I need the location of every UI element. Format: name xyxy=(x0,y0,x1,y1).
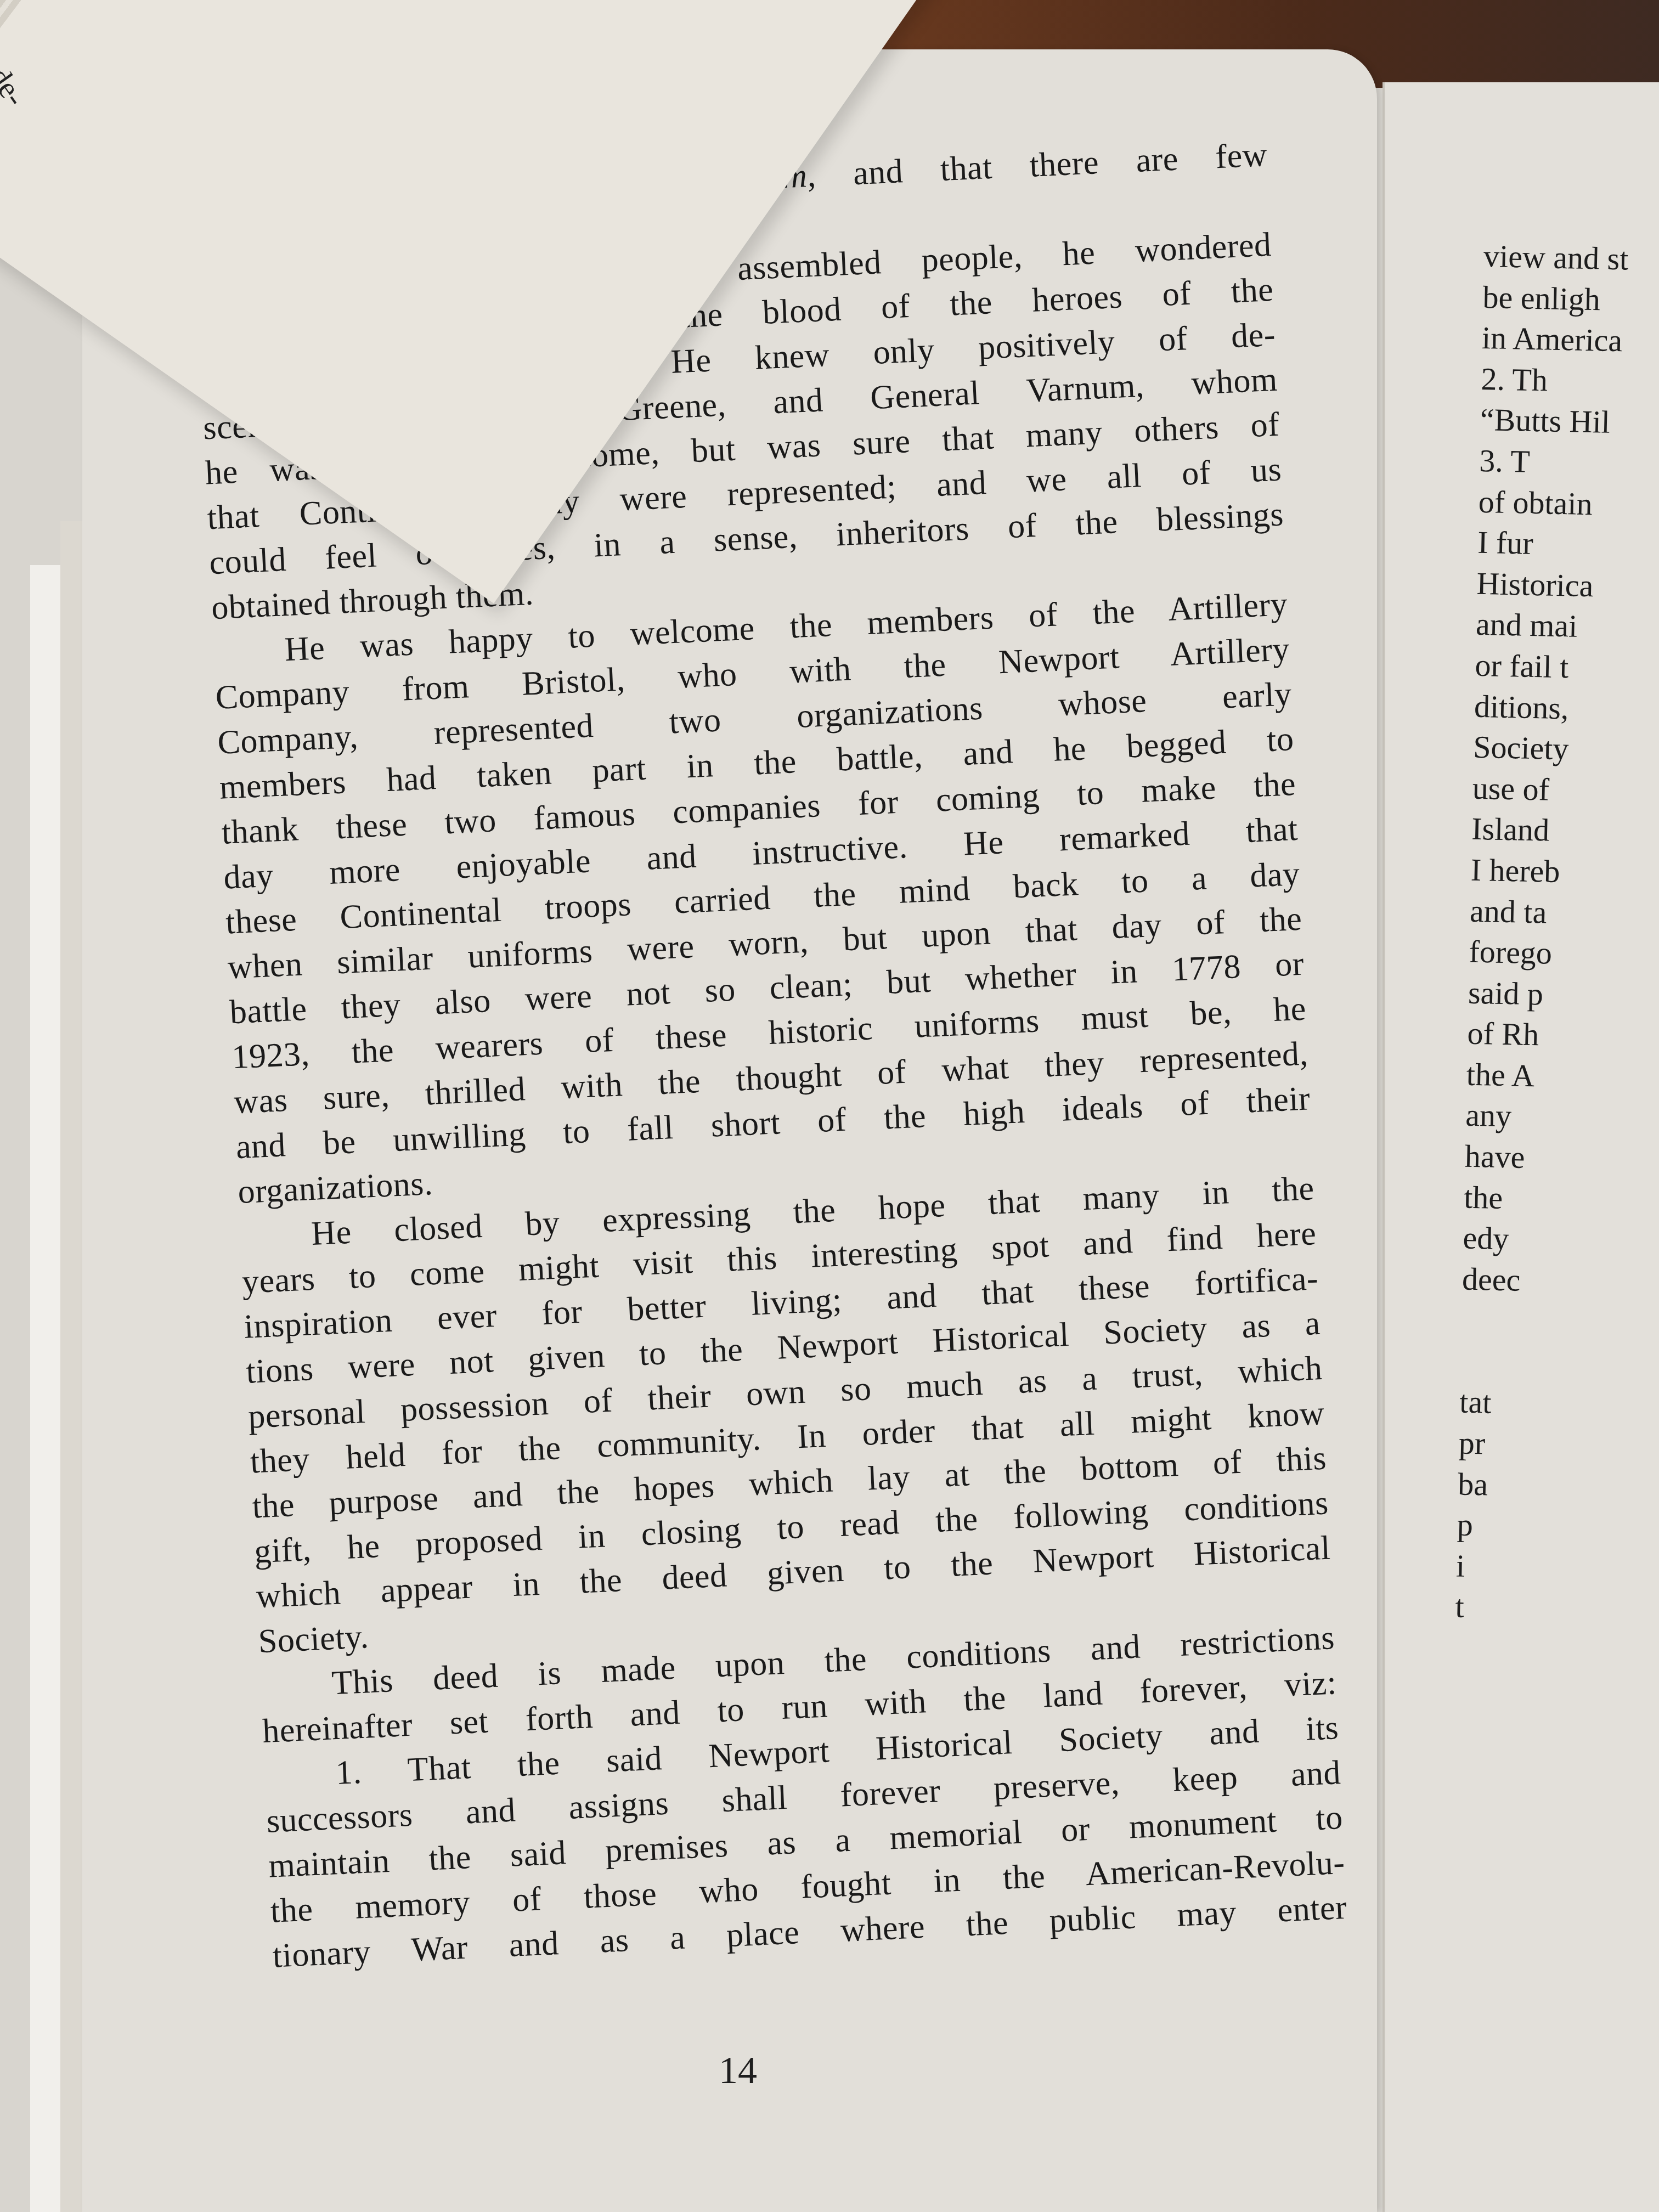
right-line: i xyxy=(1455,1545,1601,1589)
right-line: tat xyxy=(1459,1382,1605,1426)
right-line: and mai xyxy=(1475,604,1621,648)
right-line: said p xyxy=(1468,972,1613,1016)
right-line: t xyxy=(1455,1587,1601,1630)
right-line: in America xyxy=(1481,318,1627,362)
right-line: Island xyxy=(1471,809,1617,853)
right-line: deec xyxy=(1462,1259,1607,1302)
right-line: any xyxy=(1465,1095,1611,1139)
right-line: edy xyxy=(1463,1218,1609,1262)
right-line: the A xyxy=(1466,1054,1612,1098)
right-line: 3. T xyxy=(1479,441,1625,484)
right-line: pr xyxy=(1458,1423,1604,1467)
right-line: Society xyxy=(1473,727,1619,771)
right-line: ba xyxy=(1458,1464,1604,1508)
facing-page-text: view and st be enligh in America 2. Th “… xyxy=(1455,236,1629,1630)
right-line: view and st xyxy=(1483,236,1629,280)
right-line: the xyxy=(1464,1177,1610,1221)
right-line: forego xyxy=(1469,932,1615,975)
right-line: use of xyxy=(1472,768,1618,812)
right-line-gap xyxy=(1460,1300,1606,1385)
right-line: or fail t xyxy=(1475,645,1621,689)
right-line: be enligh xyxy=(1482,277,1628,321)
right-line: p xyxy=(1457,1505,1602,1549)
right-line: have xyxy=(1464,1136,1610,1180)
page-number: 14 xyxy=(719,2049,757,2093)
right-line: 2. Th xyxy=(1481,359,1627,403)
right-line: “Butts Hil xyxy=(1480,399,1626,443)
right-line: ditions, xyxy=(1474,686,1620,730)
right-line: of Rh xyxy=(1467,1013,1613,1057)
right-line: I hereb xyxy=(1470,850,1616,894)
right-line: and ta xyxy=(1469,890,1615,934)
right-line: I fur xyxy=(1477,522,1623,566)
right-line: Historica xyxy=(1476,563,1622,607)
right-line: of obtain xyxy=(1478,481,1624,525)
page-stack-edge xyxy=(30,565,62,2212)
